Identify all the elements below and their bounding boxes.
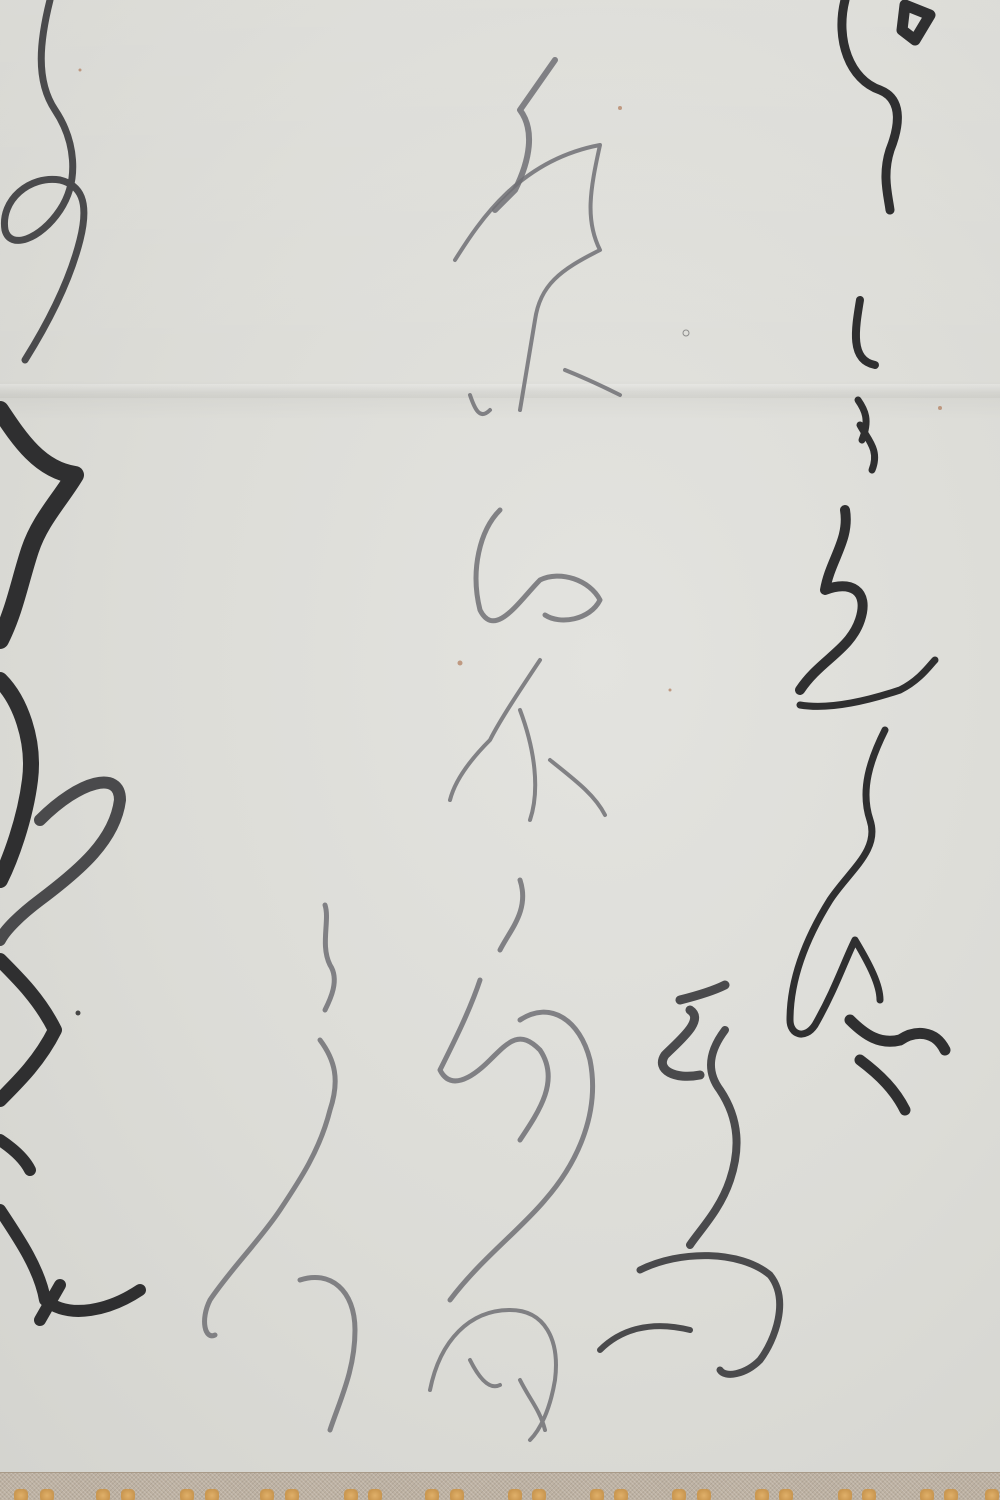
gold-motif [697, 1489, 711, 1500]
column-center [430, 60, 620, 1440]
gold-motif [344, 1489, 358, 1500]
gold-motif [532, 1489, 546, 1500]
gold-motif [944, 1489, 958, 1500]
gold-motif [672, 1489, 686, 1500]
gold-motif [614, 1489, 628, 1500]
gold-motif [450, 1489, 464, 1500]
calligraphy-artwork: Japanese cursive kana calligraphy on pap… [0, 0, 1000, 1500]
gold-motif [368, 1489, 382, 1500]
column-center-left [205, 905, 355, 1430]
gold-motif [755, 1489, 769, 1500]
gold-motif [590, 1489, 604, 1500]
gold-motif [121, 1489, 135, 1500]
gold-motif [40, 1489, 54, 1500]
ink-strokes [0, 0, 1000, 1472]
gold-motif [862, 1489, 876, 1500]
gold-motif [779, 1489, 793, 1500]
gold-motif [285, 1489, 299, 1500]
column-center-right [600, 985, 780, 1374]
column-right [790, 0, 945, 1110]
gold-motif [96, 1489, 110, 1500]
gold-motif [425, 1489, 439, 1500]
gold-motif [508, 1489, 522, 1500]
gold-motif [985, 1489, 999, 1500]
paper-flecks [79, 69, 943, 692]
gold-motif [14, 1489, 28, 1500]
gold-motif [260, 1489, 274, 1500]
column-left-edge [0, 0, 140, 1320]
gold-motif [205, 1489, 219, 1500]
gold-motif [920, 1489, 934, 1500]
gold-motif [838, 1489, 852, 1500]
gold-motif [180, 1489, 194, 1500]
